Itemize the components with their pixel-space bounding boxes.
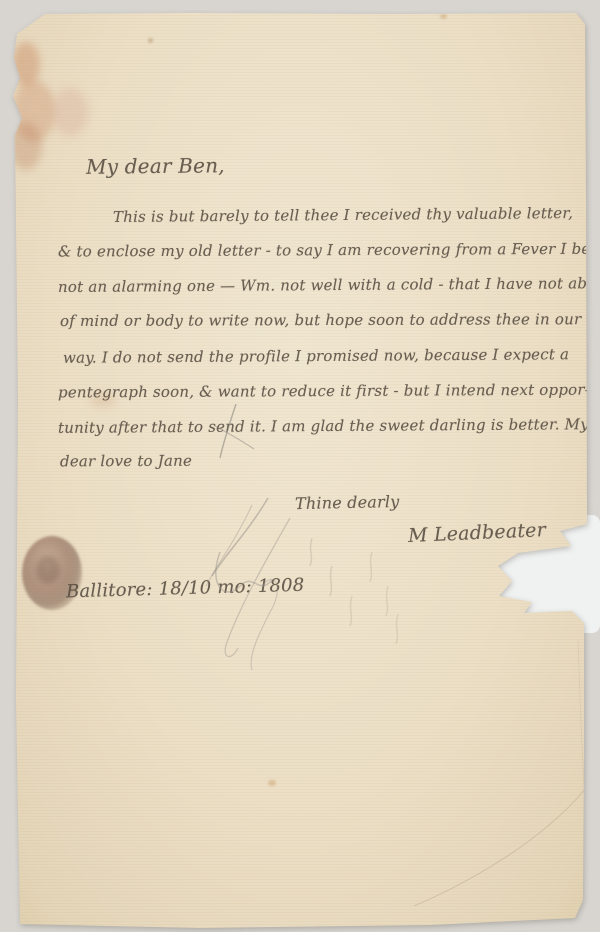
closing-line: Thine dearly bbox=[295, 492, 400, 513]
salutation: My dear Ben, bbox=[86, 153, 225, 178]
foxing-spot bbox=[148, 38, 153, 43]
foxing-spot bbox=[440, 14, 447, 19]
letter-body-line: pentegraph soon, & want to reduce it fir… bbox=[58, 381, 590, 402]
letter-body-line: This is but barely to tell thee I receiv… bbox=[113, 204, 573, 226]
aged-paper-sheet: My dear Ben, This is but barely to tell … bbox=[0, 0, 600, 932]
seal-residue-stain bbox=[12, 42, 40, 86]
letter-body-line: dear love to Jane bbox=[60, 452, 192, 471]
paper-sheet-wrapper: My dear Ben, This is but barely to tell … bbox=[0, 0, 600, 932]
place-date-line: Ballitore: 18/10 mo: 1808 bbox=[66, 575, 305, 603]
letter-body-line: & to enclose my old letter - to say I am… bbox=[58, 239, 600, 260]
foxing-spot bbox=[268, 780, 276, 786]
wax-seal-stain-core bbox=[36, 556, 60, 584]
seal-residue-stain bbox=[13, 80, 55, 142]
letter-body-line: tunity after that to send it. I am glad … bbox=[58, 415, 589, 437]
scanned-letter-page: My dear Ben, This is but barely to tell … bbox=[0, 0, 600, 932]
letter-body-line: not an alarming one — Wm. not well with … bbox=[58, 274, 600, 296]
seal-residue-stain bbox=[10, 122, 42, 170]
letter-body-line: way. I do not send the profile I promise… bbox=[63, 345, 569, 367]
signature: M Leadbeater bbox=[408, 519, 547, 547]
seal-residue-stain bbox=[52, 88, 88, 136]
letter-body-line: of mind or body to write now, but hope s… bbox=[60, 310, 600, 330]
